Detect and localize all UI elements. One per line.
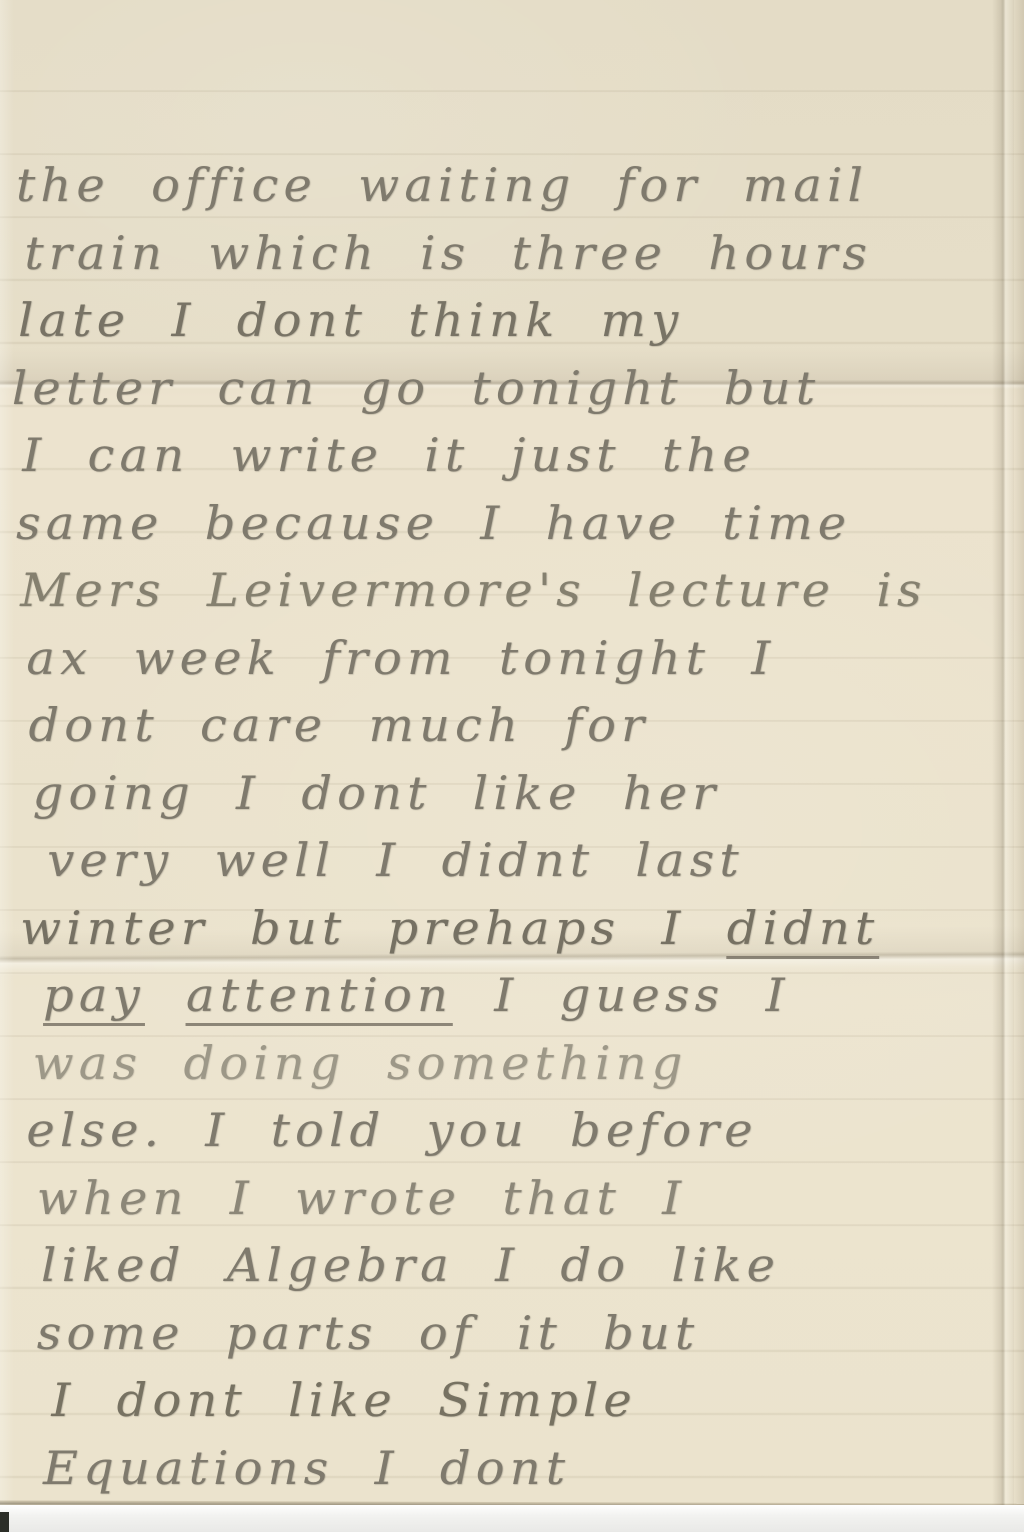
letter-lines: the office waiting for mailtrain which i…	[16, 152, 1024, 1502]
handwritten-line: some parts of it but	[37, 1300, 1024, 1368]
handwritten-line: winter but prehaps I didnt	[20, 895, 1024, 963]
text-segment: the office waiting for mail	[16, 158, 868, 212]
text-segment: was doing something	[33, 1036, 688, 1090]
underlined-word: attention	[186, 968, 453, 1026]
text-segment: some parts of it but	[37, 1306, 700, 1360]
text-segment	[145, 968, 186, 1022]
text-segment: same because I have time	[16, 496, 851, 550]
handwritten-line: liked Algebra I do like	[41, 1232, 1024, 1300]
handwritten-line: I dont like Simple	[51, 1367, 1024, 1435]
text-segment: else. I told you before	[26, 1103, 757, 1157]
letter-scan: the office waiting for mailtrain which i…	[0, 0, 1024, 1532]
text-segment: ax week from tonight I	[26, 631, 775, 685]
handwritten-line: train which is three hours	[24, 220, 1024, 288]
text-segment: very well I didnt last	[47, 833, 744, 887]
handwritten-line: ax week from tonight I	[26, 625, 1024, 693]
text-segment: Equations I dont	[43, 1441, 570, 1495]
scanner-background	[0, 1505, 1024, 1532]
handwritten-line: when I wrote that I	[37, 1165, 1024, 1233]
text-segment: dont care much for	[28, 698, 649, 752]
scanner-dark-corner	[0, 1512, 9, 1532]
handwritten-line: else. I told you before	[26, 1097, 1024, 1165]
text-segment: Mers Leivermore's lecture is	[20, 563, 926, 617]
text-segment: liked Algebra I do like	[41, 1238, 780, 1292]
handwritten-line: Equations I dont	[43, 1435, 1024, 1503]
text-segment: train which is three hours	[24, 226, 872, 280]
text-segment: I guess I	[453, 968, 790, 1022]
text-segment: when I wrote that I	[37, 1171, 686, 1225]
handwritten-line: the office waiting for mail	[16, 152, 1024, 220]
handwritten-line: letter can go tonight but	[12, 355, 1024, 423]
text-segment: I dont like Simple	[51, 1373, 637, 1427]
text-segment: letter can go tonight but	[12, 361, 820, 415]
handwritten-line: going I dont like her	[33, 760, 1024, 828]
text-segment: I can write it just the	[22, 428, 756, 482]
text-segment: winter but prehaps I	[20, 901, 727, 955]
handwritten-line: I can write it just the	[22, 422, 1024, 490]
handwritten-line: was doing something	[33, 1030, 1024, 1098]
underlined-word: pay	[43, 968, 145, 1026]
paper-left-edge	[0, 0, 14, 1510]
handwritten-line: Mers Leivermore's lecture is	[20, 557, 1024, 625]
handwritten-line: late I dont think my	[18, 287, 1024, 355]
underlined-word: didnt	[727, 901, 880, 959]
handwritten-line: same because I have time	[16, 490, 1024, 558]
text-segment: late I dont think my	[18, 293, 683, 347]
handwritten-line: dont care much for	[28, 692, 1024, 760]
text-segment: going I dont like her	[33, 766, 721, 820]
handwritten-line: pay attention I guess I	[43, 962, 1024, 1030]
handwritten-line: very well I didnt last	[47, 827, 1024, 895]
